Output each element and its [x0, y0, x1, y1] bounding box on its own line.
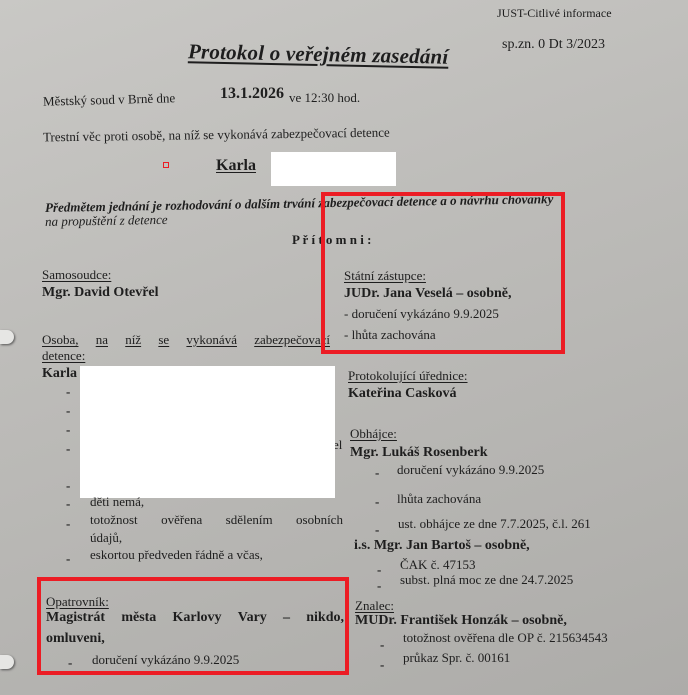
- word: se: [158, 332, 169, 348]
- binder-hole: [0, 655, 14, 669]
- clerk-name: Kateřina Casková: [348, 386, 457, 402]
- list-dash: -: [66, 403, 70, 419]
- word: sdělením: [226, 512, 273, 528]
- redaction-box: [271, 152, 396, 186]
- person-item-escort: eskortou předveden řádně a včas,: [90, 547, 263, 563]
- substitute-name: i.s. Mgr. Jan Bartoš – osobně,: [354, 538, 530, 554]
- substitute-item-cak: ČAK č. 47153: [400, 557, 475, 573]
- person-item-identity: totožnost ověřena sdělením osobních: [90, 512, 343, 528]
- list-dash: -: [375, 494, 379, 510]
- word: níž: [125, 332, 141, 348]
- list-dash: -: [66, 478, 70, 494]
- document-title: Protokol o veřejném zasedání: [188, 39, 449, 69]
- word: vykonává: [186, 332, 237, 348]
- expert-item-identity: totožnost ověřena dle OP č. 215634543: [403, 630, 608, 646]
- list-dash: -: [375, 522, 379, 538]
- list-dash: -: [377, 578, 381, 594]
- judge-label: Samosoudce:: [42, 267, 111, 283]
- highlight-box-prosecutor: [321, 192, 565, 354]
- word: ověřena: [161, 512, 202, 528]
- list-dash: -: [66, 441, 70, 457]
- list-dash: -: [66, 422, 70, 438]
- defender-label: Obhájce:: [350, 426, 397, 442]
- red-marker-dot: [163, 162, 169, 168]
- defender-name: Mgr. Lukáš Rosenberk: [350, 445, 488, 461]
- defender-item-delivery: doručení vykázáno 9.9.2025: [397, 462, 544, 478]
- person-label-line1: Osoba, na níž se vykonává zabezpečovací: [42, 332, 330, 348]
- subject-line-2: na propuštění z detence: [45, 212, 168, 230]
- case-number: sp.zn. 0 Dt 3/2023: [502, 37, 605, 53]
- word: totožnost: [90, 512, 138, 528]
- word: Osoba,: [42, 332, 78, 348]
- word: na: [96, 332, 108, 348]
- person-name: Karla: [42, 366, 77, 382]
- person-item-identity-cont: údajů,: [90, 530, 122, 546]
- list-dash: -: [380, 637, 384, 653]
- list-dash: -: [380, 657, 384, 673]
- defender-item-appointment: ust. obhájce ze dne 7.7.2025, č.l. 261: [398, 516, 591, 532]
- court-prefix: Městský soud v Brně dne: [43, 90, 176, 109]
- list-dash: -: [66, 551, 70, 567]
- word: osobních: [296, 512, 343, 528]
- person-name-heading: Karla: [216, 157, 256, 175]
- clerk-label: Protokolující úřednice:: [348, 368, 468, 384]
- word: zabezpečovací: [254, 332, 330, 348]
- judge-name: Mgr. David Otevřel: [42, 285, 159, 301]
- highlight-box-guardian: [37, 577, 349, 675]
- list-dash: -: [66, 496, 70, 512]
- list-dash: -: [377, 562, 381, 578]
- substitute-item-power: subst. plná moc ze dne 24.7.2025: [400, 572, 573, 588]
- hearing-time: ve 12:30 hod.: [289, 90, 360, 106]
- list-dash: -: [66, 384, 70, 400]
- redaction-box: [80, 366, 335, 498]
- list-dash: -: [375, 465, 379, 481]
- classification-label: JUST-Citlivé informace: [497, 6, 612, 21]
- hearing-date: 13.1.2026: [220, 85, 284, 103]
- person-label-line2: detence:: [42, 348, 85, 364]
- case-description: Trestní věc proti osobě, na níž se vykon…: [43, 125, 390, 146]
- person-item-children: děti nemá,: [90, 494, 144, 510]
- expert-item-badge: průkaz Spr. č. 00161: [403, 650, 510, 666]
- defender-item-deadline: lhůta zachována: [397, 491, 481, 507]
- binder-hole: [0, 330, 14, 344]
- expert-name: MUDr. František Honzák – osobně,: [355, 613, 567, 629]
- expert-label: Znalec:: [355, 598, 394, 614]
- list-dash: -: [66, 516, 70, 532]
